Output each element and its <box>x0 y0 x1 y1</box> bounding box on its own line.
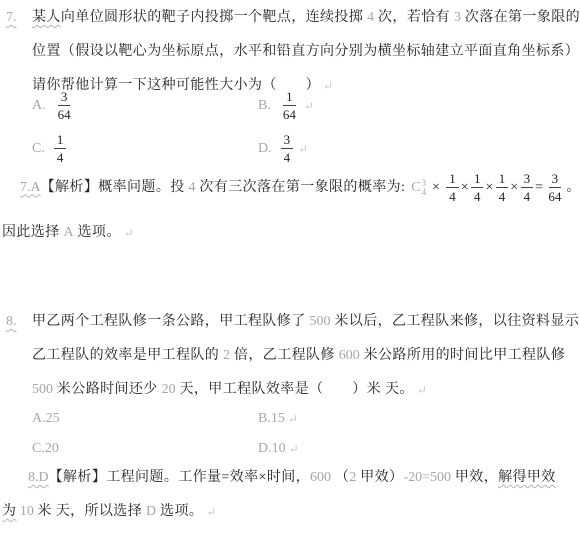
text-run: A. <box>32 97 46 115</box>
text-run: × <box>510 179 518 197</box>
combination-symbol: C34 <box>411 179 426 197</box>
question-8-text-line-3: 500 米公路时间还少 20 天，甲工程队效率是（ ）米 天。↵ <box>32 381 427 399</box>
text-run: 2 <box>223 347 230 365</box>
text-run: 甲效， <box>451 469 498 487</box>
question-7-option-d: D.34↵ <box>258 133 308 164</box>
fraction-numerator: 1 <box>471 172 484 188</box>
text-run: B.15 <box>258 410 285 428</box>
text-run: A.25 <box>32 410 60 428</box>
text-run: 米公路时间还少 <box>53 381 162 399</box>
text-run: （ <box>331 469 349 487</box>
text-run: ↵ <box>289 440 299 458</box>
fraction: 364 <box>55 90 74 121</box>
text-run: ↵ <box>288 410 298 428</box>
question-7-option-b: B.164↵ <box>258 90 314 121</box>
text-run: ↵ <box>304 97 314 115</box>
text-run: = <box>535 179 543 197</box>
text-run: ↵ <box>323 77 333 95</box>
text-run: 米公路所用的时间比甲工程队修 <box>360 347 566 365</box>
text-run: 【解析】概率问题。投 <box>41 179 189 197</box>
text-run: 4 <box>189 179 196 197</box>
fraction-denominator: 4 <box>471 188 484 203</box>
text-run: 为 <box>2 503 16 521</box>
text-run: 。 <box>566 179 580 197</box>
text-run: ↵ <box>417 381 427 399</box>
text-run: 选项。 <box>74 224 121 242</box>
fraction: 14 <box>446 172 459 203</box>
fraction-numerator: 3 <box>521 172 534 188</box>
text-run: 500 <box>310 313 331 331</box>
text-run: 倍，乙工程队修 <box>230 347 339 365</box>
text-run: 7.A <box>20 179 41 197</box>
fraction-numerator: 1 <box>283 90 296 106</box>
question-7-number: 7. <box>6 9 17 27</box>
text-run: D <box>146 503 156 521</box>
text-run: 600 <box>339 347 360 365</box>
fraction-numerator: 3 <box>281 133 294 149</box>
fraction-denominator: 4 <box>521 188 534 203</box>
fraction: 34 <box>521 172 534 203</box>
fraction: 14 <box>471 172 484 203</box>
text-run: C.20 <box>32 440 59 458</box>
text-run: 10 <box>16 503 37 521</box>
text-run: 解得甲效 <box>498 469 556 487</box>
question-7-analysis-line-1: 7.A【解析】概率问题。投 4 次有三次落在第一象限的概率为: C34 × 14… <box>20 172 580 203</box>
text-run: 乙工程队的效率是甲工程队的 <box>32 347 223 365</box>
question-7-text-line-2: 位置（假设以靶心为坐标原点，水平和铅直方向分别为横坐标轴建立平面直角坐标系） <box>32 43 579 61</box>
text-run: 米 天，所以选择 <box>37 503 146 521</box>
fraction: 364 <box>545 172 564 203</box>
text-run: 选项。 <box>156 503 203 521</box>
question-8-number: 8. <box>6 313 17 331</box>
text-run: 甲效） <box>356 469 403 487</box>
question-7-option-c: C.14 <box>32 133 68 164</box>
text-run: × <box>428 179 444 197</box>
text-run: 次有三次落在第一象限的概率为: <box>196 179 410 197</box>
fraction-numerator: 3 <box>549 172 562 188</box>
fraction: 164 <box>280 90 299 121</box>
text-run: D. <box>258 140 272 158</box>
fraction-denominator: 4 <box>281 149 294 164</box>
text-run: D.10 <box>258 440 286 458</box>
text-run: 次落在第一象限的 <box>461 9 580 27</box>
fraction: 14 <box>54 133 67 164</box>
exam-document-page: 7. 某人向单位圆形状的靶子内投掷一个靶点，连续投掷 4 次，若恰有 3 次落在… <box>0 0 580 555</box>
text-run: 因此选择 <box>2 224 64 242</box>
text-run: C. <box>32 140 45 158</box>
text-run: 2 <box>349 469 356 487</box>
question-8-option-c: C.20 <box>32 440 59 458</box>
text-run: × <box>485 179 493 197</box>
fraction: 34 <box>281 133 294 164</box>
text-run: ↵ <box>124 224 134 242</box>
question-7-option-a: A.364 <box>32 90 76 121</box>
question-8-option-d: D.10↵ <box>258 440 299 458</box>
question-8-option-b: B.15↵ <box>258 410 298 428</box>
question-8-analysis-line-1: 8.D【解析】工程问题。工作量=效率×时间，600 （2 甲效）-20=500 … <box>28 469 556 487</box>
fraction-denominator: 64 <box>280 106 299 121</box>
text-run: 位置（假设以靶心为坐标原点，水平和铅直方向分别为横坐标轴建立平面直角坐标系） <box>32 43 579 61</box>
fraction-denominator: 4 <box>496 188 509 203</box>
text-run: 3 <box>454 9 461 27</box>
fraction-numerator: 1 <box>54 133 67 149</box>
fraction-numerator: 1 <box>446 172 459 188</box>
text-run: × <box>461 179 469 197</box>
text-run: ↵ <box>206 503 216 521</box>
text-run: 8. <box>6 313 17 331</box>
question-8-option-a: A.25 <box>32 410 60 428</box>
text-run: 20 <box>162 381 176 399</box>
fraction-denominator: 64 <box>545 188 564 203</box>
text-run: 甲乙两个工程队修一条公路，甲工程队修了 <box>32 313 310 331</box>
text-run: 米以后，乙工程队来修，以往资料显示， <box>331 313 580 331</box>
fraction-denominator: 4 <box>446 188 459 203</box>
text-run: A <box>64 224 74 242</box>
fraction-numerator: 1 <box>496 172 509 188</box>
question-8-analysis-line-2: 为 10 米 天，所以选择 D 选项。↵ <box>2 503 216 521</box>
text-run: 【解析】工程问题。工作量=效率×时间， <box>49 469 310 487</box>
question-7-analysis-line-2: 因此选择 A 选项。↵ <box>2 224 134 242</box>
text-run: 次，若恰有 <box>374 9 454 27</box>
text-run: 600 <box>310 469 331 487</box>
question-8-text-line-1: 甲乙两个工程队修一条公路，甲工程队修了 500 米以后，乙工程队来修，以往资料显… <box>32 313 580 331</box>
text-run: 某人 <box>32 9 61 27</box>
fraction-denominator: 64 <box>55 106 74 121</box>
question-8-text-line-2: 乙工程队的效率是甲工程队的 2 倍，乙工程队修 600 米公路所用的时间比甲工程… <box>32 347 565 365</box>
fraction: 14 <box>496 172 509 203</box>
text-run: -20=500 <box>403 469 451 487</box>
fraction-denominator: 4 <box>54 149 67 164</box>
fraction-numerator: 3 <box>58 90 71 106</box>
text-run: B. <box>258 97 271 115</box>
text-run: 天，甲工程队效率是（ ）米 天。 <box>176 381 414 399</box>
question-7-text-line-1: 某人向单位圆形状的靶子内投掷一个靶点，连续投掷 4 次，若恰有 3 次落在第一象… <box>32 9 580 27</box>
text-run: 向单位圆形状的靶子内投掷一个靶点，连续投掷 <box>61 9 367 27</box>
text-run: 4 <box>367 9 374 27</box>
text-run: ↵ <box>298 140 308 158</box>
text-run: 500 <box>32 381 53 399</box>
text-run: 8.D <box>28 469 49 487</box>
text-run: 7. <box>6 9 17 27</box>
